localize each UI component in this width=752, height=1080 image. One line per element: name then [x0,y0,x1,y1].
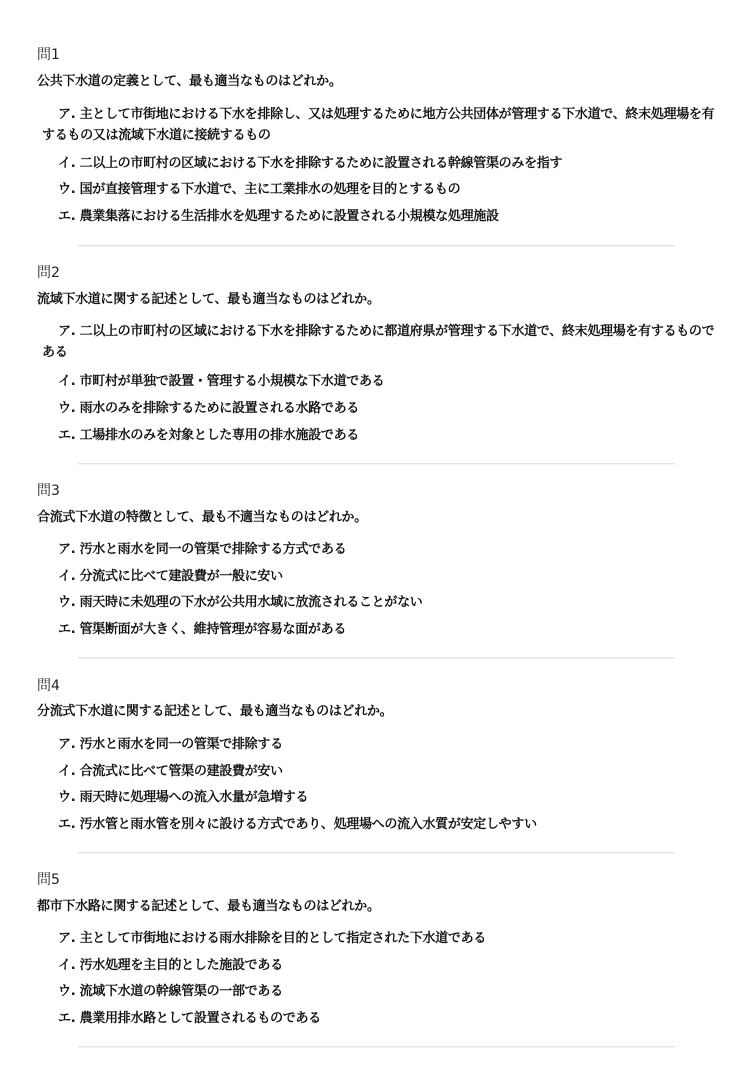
option-label: ア. [58,542,75,557]
option-label: エ. [58,428,75,443]
question-number: 問4 [37,675,60,695]
option-e: エ. 汚水管と雨水管を別々に設ける方式であり、処理場への流入水質が安定しやすい [58,813,537,832]
option-i: イ. 分流式に比べて建設費が一般に安い [58,565,283,584]
question-divider [78,1046,675,1047]
option-text: 流域下水道の幹線管渠の一部である [80,984,283,999]
option-text: 国が直接管理する下水道で、主に工業排水の処理を目的とするもの [80,182,461,197]
option-a: ア. 二以上の市町村の区域における下水を排除するために都道府県が管理する下水道で… [42,321,722,363]
question-number: 問3 [37,480,60,500]
option-text: 主として市街地における下水を排除し、又は処理するために地方公共団体が管理する下水… [42,107,714,143]
option-label: イ. [58,374,75,389]
option-u: ウ. 雨天時に処理場への流入水量が急増する [58,786,308,805]
option-a: ア. 汚水と雨水を同一の管渠で排除する方式である [58,538,346,557]
option-label: ア. [58,931,75,946]
option-e: エ. 農業集落における生活排水を処理するために設置される小規模な処理施設 [58,205,499,224]
option-text: 合流式に比べて管渠の建設費が安い [80,764,283,779]
option-label: ウ. [58,984,75,999]
option-text: 雨天時に未処理の下水が公共用水域に放流されることがない [80,595,423,610]
option-label: ウ. [58,182,75,197]
question-stem: 公共下水道の定義として、最も適当なものはどれか。 [37,70,342,89]
option-u: ウ. 雨水のみを排除するために設置される水路である [58,397,359,416]
question-number: 問2 [37,262,60,282]
option-label: エ. [58,209,75,224]
option-e: エ. 管渠断面が大きく、維持管理が容易な面がある [58,618,346,637]
option-text: 分流式に比べて建設費が一般に安い [80,569,283,584]
option-text: 主として市街地における雨水排除を目的として指定された下水道である [80,931,486,946]
option-e: エ. 農業用排水路として設置されるものである [58,1007,321,1026]
option-text: 二以上の市町村の区域における下水を排除するために都道府県が管理する下水道で、終末… [42,324,714,360]
option-label: ア. [58,324,75,339]
option-a: ア. 汚水と雨水を同一の管渠で排除する [58,733,283,752]
option-i: イ. 二以上の市町村の区域における下水を排除するために設置される幹線管渠のみを指… [58,152,562,171]
option-text: 管渠断面が大きく、維持管理が容易な面がある [80,622,346,637]
option-text: 二以上の市町村の区域における下水を排除するために設置される幹線管渠のみを指す [80,156,563,171]
question-stem: 流域下水道に関する記述として、最も適当なものはどれか。 [37,288,380,307]
question-divider [78,463,675,464]
option-e: エ. 工場排水のみを対象とした専用の排水施設である [58,424,359,443]
option-text: 汚水処理を主目的とした施設である [80,958,283,973]
option-label: イ. [58,958,75,973]
option-label: イ. [58,569,75,584]
option-label: ア. [58,107,75,122]
option-text: 農業集落における生活排水を処理するために設置される小規模な処理施設 [80,209,499,224]
option-i: イ. 市町村が単独で設置・管理する小規模な下水道である [58,370,384,389]
option-i: イ. 合流式に比べて管渠の建設費が安い [58,760,283,779]
option-text: 雨水のみを排除するために設置される水路である [80,401,359,416]
option-text: 工場排水のみを対象とした専用の排水施設である [80,428,359,443]
option-text: 汚水と雨水を同一の管渠で排除する [80,737,283,752]
option-a: ア. 主として市街地における雨水排除を目的として指定された下水道である [58,927,486,946]
option-label: エ. [58,1011,75,1026]
question-stem: 合流式下水道の特徴として、最も不適当なものはどれか。 [37,506,367,525]
option-text: 農業用排水路として設置されるものである [80,1011,321,1026]
option-text: 汚水と雨水を同一の管渠で排除する方式である [80,542,347,557]
option-text: 汚水管と雨水管を別々に設ける方式であり、処理場への流入水質が安定しやすい [80,817,537,832]
option-label: ウ. [58,790,75,805]
option-text: 雨天時に処理場への流入水量が急増する [80,790,309,805]
option-text: 市町村が単独で設置・管理する小規模な下水道である [80,374,385,389]
question-divider [78,657,675,658]
option-label: エ. [58,622,75,637]
option-label: エ. [58,817,75,832]
option-u: ウ. 流域下水道の幹線管渠の一部である [58,980,283,999]
option-u: ウ. 国が直接管理する下水道で、主に工業排水の処理を目的とするもの [58,178,460,197]
question-number: 問1 [37,44,60,64]
option-label: イ. [58,764,75,779]
option-i: イ. 汚水処理を主目的とした施設である [58,954,283,973]
option-label: ウ. [58,401,75,416]
question-stem: 都市下水路に関する記述として、最も適当なものはどれか。 [37,895,380,914]
option-u: ウ. 雨天時に未処理の下水が公共用水域に放流されることがない [58,591,422,610]
question-stem: 分流式下水道に関する記述として、最も適当なものはどれか。 [37,700,392,719]
question-number: 問5 [37,869,60,889]
option-label: イ. [58,156,75,171]
question-divider [78,852,675,853]
option-a: ア. 主として市街地における下水を排除し、又は処理するために地方公共団体が管理す… [42,104,722,146]
option-label: ウ. [58,595,75,610]
question-divider [78,245,675,246]
option-label: ア. [58,737,75,752]
